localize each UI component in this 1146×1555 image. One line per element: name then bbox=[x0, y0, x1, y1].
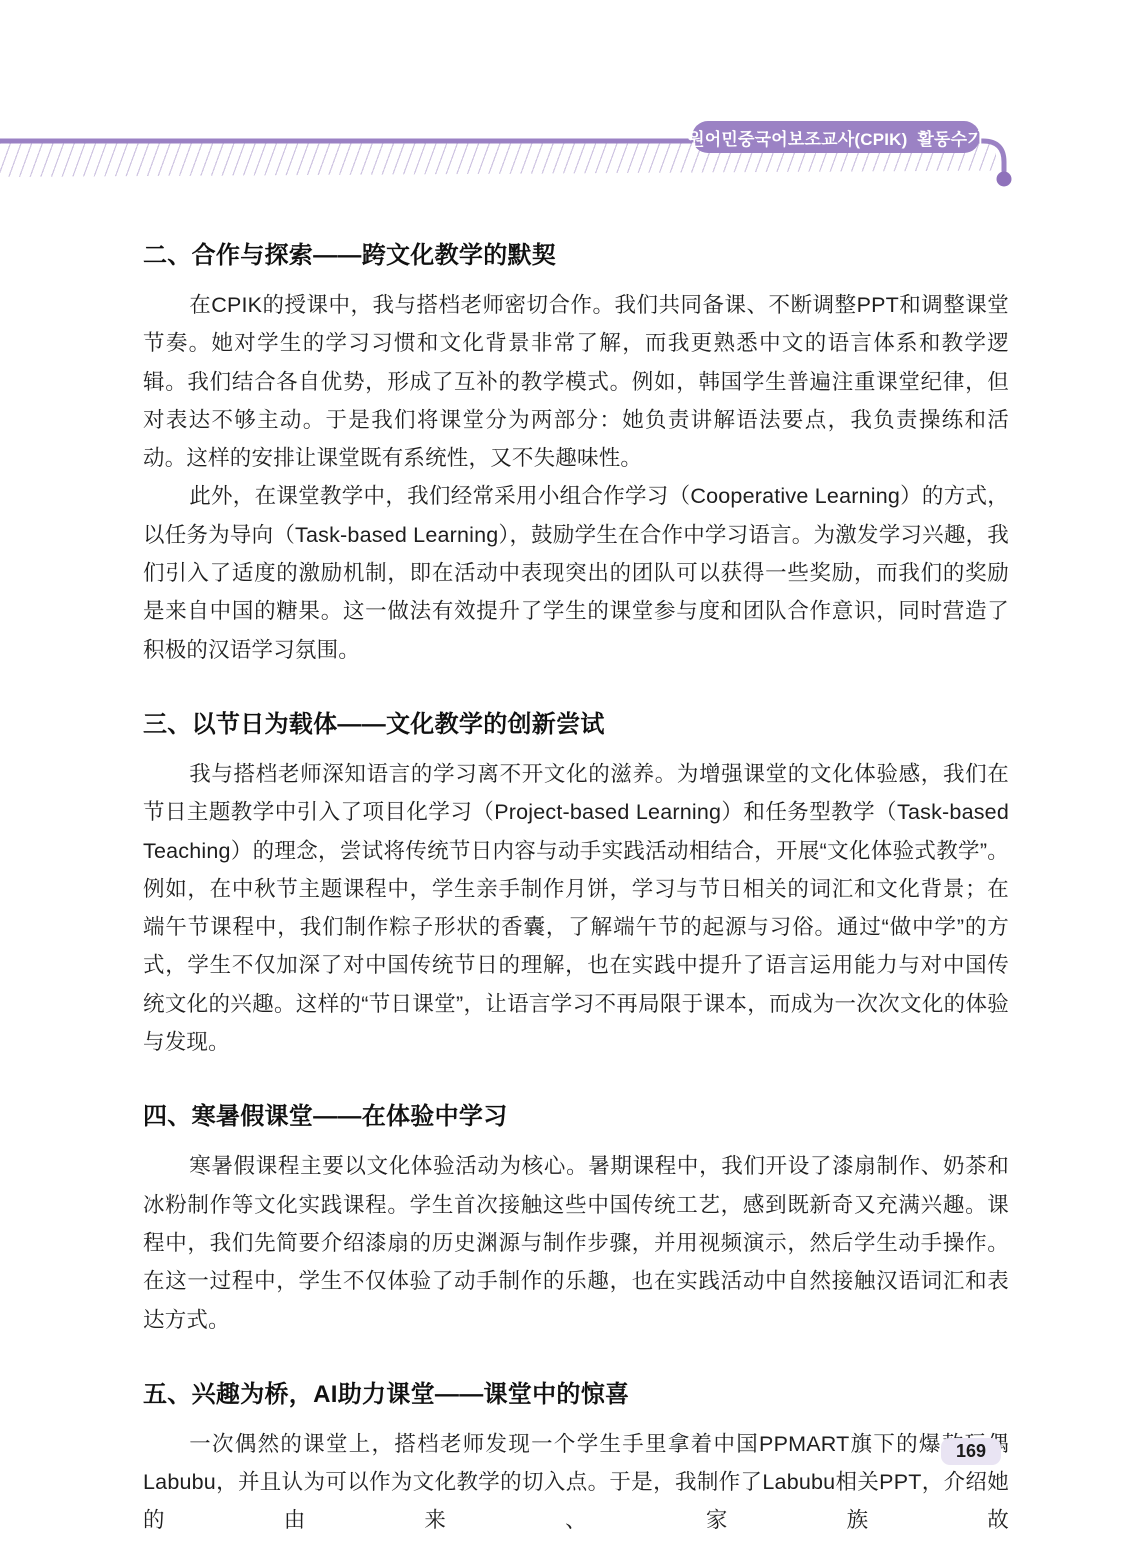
header-badge: 원어민중국어보조교사(CPIK) 활동수기 bbox=[692, 121, 980, 153]
section-heading: 二、合作与探索——跨文化教学的默契 bbox=[143, 237, 1009, 275]
section-vacation-class: 四、寒暑假课堂——在体验中学习 寒暑假课程主要以文化体验活动为核心。暑期课程中，… bbox=[143, 1098, 1009, 1338]
section-heading: 四、寒暑假课堂——在体验中学习 bbox=[143, 1098, 1009, 1136]
paragraph: 此外，在课堂教学中，我们经常采用小组合作学习（Cooperative Learn… bbox=[143, 477, 1009, 668]
header-line-decoration bbox=[0, 105, 1146, 215]
section-ai-classroom: 五、兴趣为桥，AI助力课堂——课堂中的惊喜 一次偶然的课堂上，搭档老师发现一个学… bbox=[143, 1376, 1009, 1540]
document-page: 원어민중국어보조교사(CPIK) 활동수기 二、合作与探索——跨文化教学的默契 … bbox=[0, 0, 1146, 1555]
paragraph: 一次偶然的课堂上，搭档老师发现一个学生手里拿着中国PPMART旗下的爆款玩偶La… bbox=[143, 1425, 1009, 1540]
page-number-badge: 169 bbox=[941, 1438, 1001, 1465]
page-number-value: 169 bbox=[956, 1441, 986, 1462]
section-heading: 五、兴趣为桥，AI助力课堂——课堂中的惊喜 bbox=[143, 1376, 1009, 1414]
paragraph: 寒暑假课程主要以文化体验活动为核心。暑期课程中，我们开设了漆扇制作、奶茶和冰粉制… bbox=[143, 1147, 1009, 1338]
string-end-dot-icon bbox=[997, 172, 1012, 187]
page-content: 二、合作与探索——跨文化教学的默契 在CPIK的授课中，我与搭档老师密切合作。我… bbox=[143, 237, 1009, 1540]
paragraph: 在CPIK的授课中，我与搭档老师密切合作。我们共同备课、不断调整PPT和调整课堂… bbox=[143, 286, 1009, 477]
header-badge-label: 원어민중국어보조교사(CPIK) 활동수기 bbox=[688, 125, 984, 150]
section-heading: 三、以节日为载体——文化教学的创新尝试 bbox=[143, 706, 1009, 744]
section-cooperation: 二、合作与探索——跨文化教学的默契 在CPIK的授课中，我与搭档老师密切合作。我… bbox=[143, 237, 1009, 669]
paragraph: 我与搭档老师深知语言的学习离不开文化的滋养。为增强课堂的文化体验感，我们在节日主… bbox=[143, 755, 1009, 1061]
section-festivals: 三、以节日为载体——文化教学的创新尝试 我与搭档老师深知语言的学习离不开文化的滋… bbox=[143, 706, 1009, 1061]
